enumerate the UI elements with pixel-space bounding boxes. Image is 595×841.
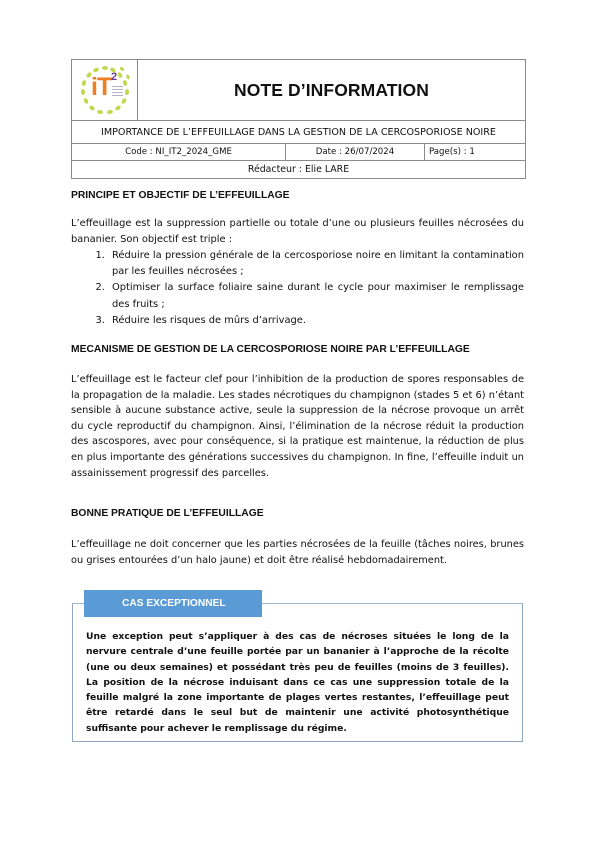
logo-subtext-lines bbox=[112, 86, 123, 98]
document-subtitle: IMPORTANCE DE L’EFFEUILLAGE DANS LA GEST… bbox=[72, 121, 525, 144]
list-item: Réduire la pression générale de la cerco… bbox=[108, 248, 524, 280]
section-heading-bonne-pratique: BONNE PRATIQUE DE L’EFFEUILLAGE bbox=[71, 508, 264, 519]
document-meta-row: Code : NI_IT2_2024_GME Date : 26/07/2024… bbox=[72, 144, 525, 161]
logo-cell: iT 2 bbox=[72, 60, 138, 120]
document-code: Code : NI_IT2_2024_GME bbox=[72, 144, 286, 160]
section-paragraph-bonne-pratique: L’effeuillage ne doit concerner que les … bbox=[71, 537, 524, 568]
header-title-row: iT 2 NOTE D’INFORMATION bbox=[72, 60, 525, 121]
document-header-table: iT 2 NOTE D’INFORMATION IMPORTANCE DE L’… bbox=[71, 59, 526, 179]
list-item: Optimiser la surface foliaire saine dura… bbox=[108, 280, 524, 312]
section-heading-mecanisme: MECANISME DE GESTION DE LA CERCOSPORIOSE… bbox=[71, 344, 470, 355]
callout-text: Une exception peut s’appliquer à des cas… bbox=[86, 629, 509, 736]
callout-title: CAS EXCEPTIONNEL bbox=[84, 590, 262, 617]
section-paragraph-principe: L’effeuillage est la suppression partiel… bbox=[71, 216, 524, 249]
section-paragraph-mecanisme: L’effeuillage est le facteur clef pour l… bbox=[71, 372, 524, 481]
document-page: iT 2 NOTE D’INFORMATION IMPORTANCE DE L’… bbox=[0, 0, 595, 841]
objectives-list: Réduire la pression générale de la cerco… bbox=[71, 248, 524, 329]
document-author: Rédacteur : Elie LARE bbox=[72, 161, 525, 178]
document-page-count: Page(s) : 1 bbox=[425, 144, 525, 160]
logo-text: iT bbox=[91, 75, 111, 100]
list-item: Réduire les risques de mûrs d’arrivage. bbox=[108, 313, 524, 329]
document-title: NOTE D’INFORMATION bbox=[138, 60, 525, 120]
section-heading-principe: PRINCIPE ET OBJECTIF DE L’EFFEUILLAGE bbox=[71, 190, 290, 201]
logo-superscript: 2 bbox=[111, 72, 117, 83]
document-date: Date : 26/07/2024 bbox=[286, 144, 425, 160]
